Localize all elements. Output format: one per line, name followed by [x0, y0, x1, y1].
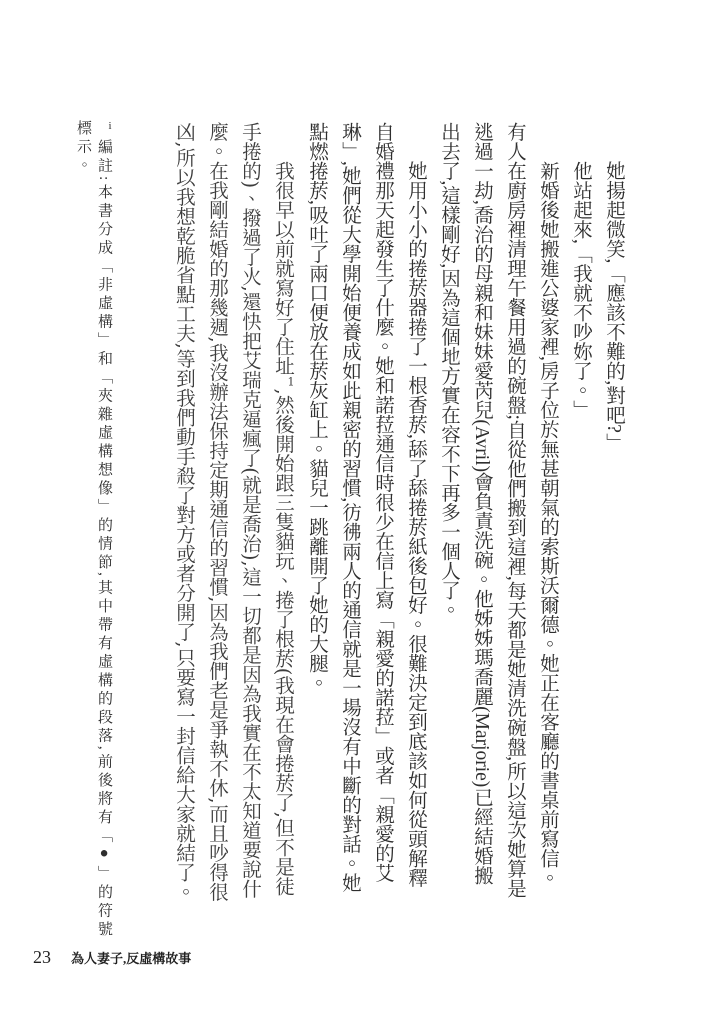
letter-paragraph: 我很早以前就寫好了住址1,然後開始跟三隻貓玩、捲了根菸(我現在會捲菸了,但不是徒…: [168, 122, 300, 904]
page-number: 23: [33, 947, 51, 968]
letter-text-before-note: 我很早以前就寫好了住址: [272, 161, 295, 376]
footnote-marker: 1: [285, 376, 298, 389]
running-title: 為人妻子,反虛構故事: [71, 948, 191, 967]
paragraph-narrative-1: 新婚後她搬進公婆家裡,房子位於無甚朝氣的索斯沃爾德。她正在客廳的書桌前寫信。有人…: [432, 122, 564, 904]
main-text-block: 她揚起微笑,「應該不難的,對吧?」 他站起來,「我就不吵妳了。」 新婚後她搬進公…: [168, 122, 630, 904]
paragraph-dialogue-1: 她揚起微笑,「應該不難的,對吧?」: [597, 122, 630, 904]
editor-note-marker: i: [104, 120, 116, 132]
editor-note: i編註:本書分成「非虛構」和「夾雜虛構想像」的情節,其中帶有虛構的段落,前後將有…: [72, 120, 120, 950]
paragraph-narrative-2: 她用小小的捲菸器捲了一根香菸,舔了舔捲菸紙後包好。很難決定到底該如何從頭解釋自婚…: [300, 122, 432, 904]
paragraph-dialogue-2: 他站起來,「我就不吵妳了。」: [564, 122, 597, 904]
editor-note-text: 編註:本書分成「非虛構」和「夾雜虛構想像」的情節,其中帶有虛構的段落,前後將有「…: [75, 120, 112, 939]
page-footer: 23 為人妻子,反虛構故事: [33, 947, 191, 968]
book-page: 她揚起微笑,「應該不難的,對吧?」 他站起來,「我就不吵妳了。」 新婚後她搬進公…: [0, 0, 719, 1024]
